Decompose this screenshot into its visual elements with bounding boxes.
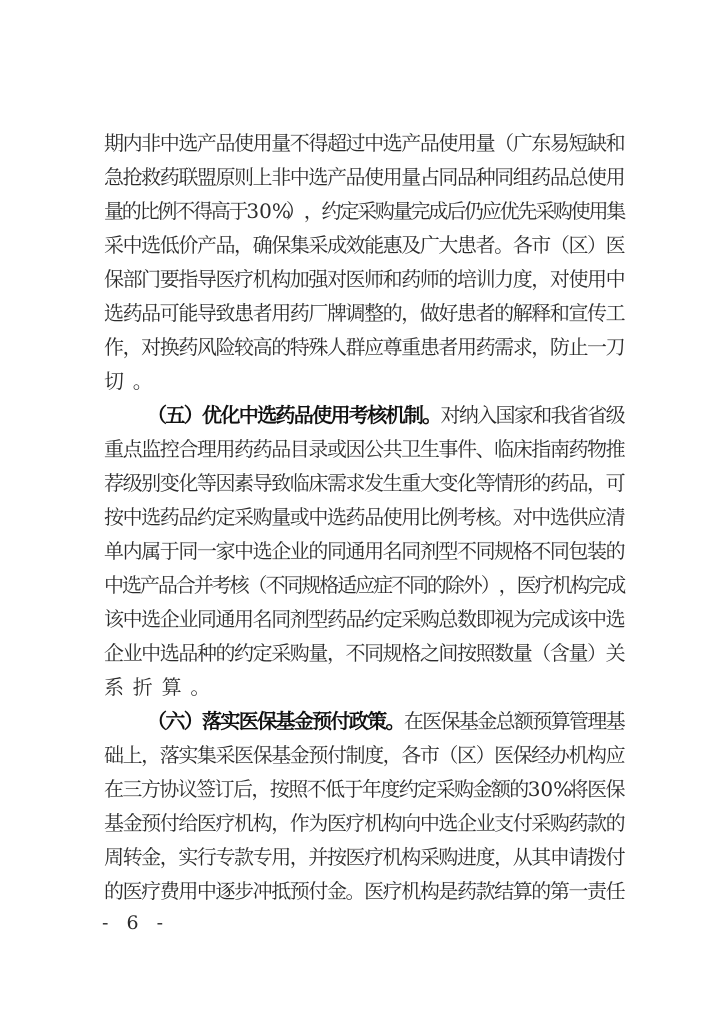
text-glyph: 药 [160, 160, 179, 194]
heading-glyph: 制 [404, 398, 422, 432]
text-glyph: 后 [446, 194, 464, 228]
text-glyph: 的 [271, 330, 290, 364]
text-glyph: 关 [606, 636, 625, 670]
text-glyph: 不 [290, 126, 309, 160]
text-glyph: 重 [401, 330, 420, 364]
text-glyph: 基 [606, 704, 624, 738]
text-glyph: 选 [141, 228, 160, 262]
text-glyph: 选 [104, 296, 123, 330]
text-glyph: 照 [288, 772, 306, 806]
text-glyph: 用 [401, 500, 420, 534]
text-glyph: 疗 [346, 806, 365, 840]
text-line: 期内非中选产品使用量不得超过中选产品使用量（广东易短缺和 [104, 126, 624, 160]
text-glyph: 核 [476, 500, 495, 534]
text-glyph: 的 [606, 534, 625, 568]
text-line: 按中选药品约定采购量或中选药品使用比例考核。对中选供应清 [104, 500, 624, 534]
heading-glyph: 政 [349, 704, 367, 738]
text-glyph: 的 [494, 296, 513, 330]
text-glyph: 中 [234, 534, 253, 568]
text-glyph: 同 [476, 534, 495, 568]
text-glyph: 疗 [364, 840, 383, 874]
text-glyph: 超 [327, 126, 346, 160]
text-glyph: 品 [141, 296, 160, 330]
text-glyph: 型 [308, 602, 327, 636]
text-glyph: 求 [346, 466, 365, 500]
text-glyph: 定 [215, 500, 234, 534]
text-glyph: 控 [160, 432, 179, 466]
text-glyph: 素 [234, 466, 253, 500]
text-glyph: 度 [364, 738, 383, 772]
text-glyph: 或 [327, 432, 346, 466]
text-glyph: 品 [346, 160, 365, 194]
text-glyph: 之 [420, 636, 439, 670]
heading-glyph: 考 [349, 398, 367, 432]
text-glyph: 选 [438, 806, 457, 840]
text-glyph: 广 [513, 126, 532, 160]
text-line: 保部门要指导医疗机构加强对医师和药师的培训力度，对使用中 [104, 262, 624, 296]
text-glyph: 能 [178, 296, 197, 330]
text-glyph: 药 [327, 602, 346, 636]
text-glyph: 的 [215, 636, 234, 670]
text-glyph: 荐 [104, 466, 123, 500]
text-glyph: 药 [234, 432, 253, 466]
text-glyph: 购 [290, 636, 309, 670]
text-glyph: 盟 [197, 160, 216, 194]
text-glyph: 者 [253, 296, 272, 330]
text-glyph: 生 [420, 432, 439, 466]
text-glyph: 签 [196, 772, 214, 806]
text-glyph: 求 [513, 330, 532, 364]
text-glyph: 属 [141, 534, 160, 568]
text-glyph: 止 [568, 330, 587, 364]
heading-glyph: 用 [330, 398, 348, 432]
text-glyph: 采 [357, 194, 375, 228]
page-number: - 6 - [102, 912, 169, 934]
text-glyph: 名 [253, 602, 272, 636]
text-glyph: 采 [308, 228, 327, 262]
text-glyph: 要 [160, 262, 179, 296]
text-glyph: 换 [160, 330, 179, 364]
text-glyph: 的 [427, 568, 445, 602]
text-glyph: 用 [234, 602, 253, 636]
text-glyph: 采 [420, 840, 439, 874]
text-glyph: 总 [568, 160, 587, 194]
text-glyph: 品 [271, 432, 290, 466]
text-glyph: 中 [364, 126, 383, 160]
text-line: 系折算。 [104, 670, 624, 704]
text-glyph: ， [304, 194, 322, 228]
text-glyph: 作 [290, 806, 309, 840]
text-glyph: 的 [383, 296, 402, 330]
heading-glyph: ） [184, 704, 202, 738]
text-glyph: 疗 [234, 262, 253, 296]
text-glyph: 构 [570, 568, 588, 602]
text-glyph: 。 [494, 500, 513, 534]
text-glyph: 医 [606, 228, 625, 262]
text-glyph: 中 [104, 568, 122, 602]
text-glyph: ） [587, 636, 606, 670]
text-glyph: 机 [568, 738, 587, 772]
text-glyph: 集 [606, 194, 624, 228]
text-glyph: 需 [327, 466, 346, 500]
text-glyph: ， [141, 738, 160, 772]
text-glyph: 采 [436, 772, 454, 806]
text-glyph: 步 [234, 874, 253, 908]
text-glyph: 宣 [568, 296, 587, 330]
text-glyph: 付 [606, 840, 625, 874]
text-glyph: 规 [301, 568, 319, 602]
text-glyph: 理 [587, 704, 605, 738]
text-glyph: 药 [178, 330, 197, 364]
text-glyph: 集 [290, 228, 309, 262]
text-glyph: 医 [327, 806, 346, 840]
text-glyph: 救 [141, 160, 160, 194]
text-glyph: 区 [457, 738, 476, 772]
text-glyph: 机 [234, 806, 253, 840]
text-glyph: 品 [178, 500, 197, 534]
text-glyph: （ [494, 126, 513, 160]
text-glyph: 选 [178, 126, 197, 160]
text-glyph: 同 [550, 534, 569, 568]
text-glyph: 联 [178, 160, 197, 194]
text-glyph: 部 [123, 262, 142, 296]
text-glyph: 构 [401, 840, 420, 874]
text-glyph: 总 [438, 602, 457, 636]
text-glyph: 装 [587, 534, 606, 568]
text-glyph: 定 [417, 772, 435, 806]
text-line: 该中选企业同通用名同剂型药品约定采购总数即视为完成该中选 [104, 602, 624, 636]
text-glyph: 导 [197, 296, 216, 330]
text-line: 在三方协议签订后，按照不低于年度约定采购金额的30%将医保 [104, 772, 624, 806]
text-glyph: 用 [588, 194, 606, 228]
text-glyph: 纳 [459, 398, 477, 432]
text-glyph: 传 [587, 296, 606, 330]
text-glyph: 患 [457, 296, 476, 330]
text-glyph: 选 [550, 500, 569, 534]
text-glyph: 金 [477, 704, 495, 738]
text-glyph: 和 [383, 262, 402, 296]
text-glyph: 原 [215, 160, 234, 194]
text-glyph: 应 [355, 568, 373, 602]
text-glyph: 按 [270, 772, 288, 806]
text-glyph: 专 [253, 840, 272, 874]
text-glyph: 核 [230, 568, 248, 602]
text-glyph: 格 [319, 568, 337, 602]
text-glyph: 非 [271, 160, 290, 194]
text-glyph: 东 [531, 126, 550, 160]
text-glyph: 购 [375, 194, 393, 228]
text-glyph: ， [587, 466, 606, 500]
text-glyph: 指 [531, 432, 550, 466]
text-glyph: 定 [253, 636, 272, 670]
text-glyph: 指 [178, 262, 197, 296]
text-glyph: 中 [420, 806, 439, 840]
text-glyph: 品 [158, 568, 176, 602]
text-glyph: 的 [104, 874, 123, 908]
text-glyph: 三 [122, 772, 140, 806]
text-glyph: 医 [346, 262, 365, 296]
text-glyph: 业 [476, 806, 495, 840]
heading-glyph: 化 [220, 398, 238, 432]
text-glyph: 预 [532, 704, 550, 738]
heading-glyph: 六 [165, 704, 183, 738]
text-line: 重点监控合理用药药品目录或因公共卫生事件、临床指南药物推 [104, 432, 624, 466]
text-glyph: ， [531, 330, 550, 364]
text-glyph: 用 [383, 160, 402, 194]
text-glyph: 给 [178, 806, 197, 840]
text-glyph: 医 [364, 874, 383, 908]
text-glyph: 仍 [464, 194, 482, 228]
text-glyph: 保 [441, 704, 459, 738]
text-glyph: 惠 [383, 228, 402, 262]
text-glyph: 中 [123, 500, 142, 534]
text-glyph: 型 [438, 534, 457, 568]
text-glyph: 入 [477, 398, 495, 432]
text-glyph: 拨 [587, 840, 606, 874]
text-glyph: 产 [401, 126, 420, 160]
text-glyph: 种 [476, 160, 495, 194]
text-glyph: 品 [420, 126, 439, 160]
text-glyph: 比 [140, 194, 158, 228]
text-glyph: 和 [532, 398, 550, 432]
heading-glyph: 预 [312, 704, 330, 738]
text-glyph: 完 [411, 194, 429, 228]
text-glyph: ） [476, 738, 495, 772]
text-glyph: 品 [364, 500, 383, 534]
text-glyph: 低 [160, 228, 179, 262]
text-glyph: ， [234, 228, 253, 262]
text-glyph: 款 [476, 874, 495, 908]
text-glyph: （ [248, 568, 266, 602]
text-glyph: 过 [346, 126, 365, 160]
text-glyph: 不 [457, 534, 476, 568]
text-glyph: 订 [215, 772, 233, 806]
text-glyph: 家 [514, 398, 532, 432]
heading-glyph: （ [147, 398, 165, 432]
text-glyph: 转 [123, 840, 142, 874]
text-glyph: 好 [438, 296, 457, 330]
text-glyph: 金 [123, 806, 142, 840]
text-line: 选药品可能导致患者用药厂牌调整的，做好患者的解释和宣传工 [104, 296, 624, 330]
text-glyph: 我 [551, 398, 569, 432]
text-glyph: 险 [215, 330, 234, 364]
text-glyph: 市 [531, 228, 550, 262]
text-glyph: 强 [308, 262, 327, 296]
text-glyph: 情 [494, 466, 513, 500]
text-glyph: 30% [528, 772, 569, 806]
text-glyph: 例 [438, 500, 457, 534]
text-glyph: 实 [178, 840, 197, 874]
text-glyph: 除 [445, 568, 463, 602]
text-glyph: （ [531, 636, 550, 670]
text-glyph: 合 [178, 432, 197, 466]
text-glyph: 机 [253, 262, 272, 296]
text-glyph: 额 [491, 772, 509, 806]
text-glyph: 成 [327, 228, 346, 262]
text-glyph: 基 [104, 806, 123, 840]
heading-glyph: 使 [312, 398, 330, 432]
text-glyph: 选 [141, 602, 160, 636]
text-glyph: 办 [550, 738, 569, 772]
text-glyph: 中 [587, 602, 606, 636]
heading-glyph: 策 [367, 704, 385, 738]
heading-glyph: 选 [257, 398, 275, 432]
text-glyph: 单 [104, 534, 123, 568]
text-glyph: 调 [346, 296, 365, 330]
text-glyph: 品 [457, 160, 476, 194]
text-glyph: 企 [104, 636, 123, 670]
text-glyph: 30% [246, 194, 286, 228]
text-glyph: 数 [494, 636, 513, 670]
heading-glyph: 实 [220, 704, 238, 738]
text-glyph: 导 [253, 466, 272, 500]
text-glyph: 别 [141, 466, 160, 500]
text-glyph: 释 [531, 296, 550, 330]
text-glyph: 付 [308, 874, 327, 908]
text-glyph: 中 [123, 602, 142, 636]
text-glyph: 完 [588, 568, 606, 602]
text-glyph: 成 [428, 194, 446, 228]
text-glyph: 大 [438, 228, 457, 262]
text-glyph: 使 [568, 262, 587, 296]
text-glyph: 同 [438, 160, 457, 194]
heading-glyph: 基 [275, 704, 293, 738]
text-line: 单内属于同一家中选企业的同通用名同剂型不同规格不同包装的 [104, 534, 624, 568]
text-glyph: 构 [587, 738, 606, 772]
text-glyph: 应 [606, 738, 625, 772]
text-glyph: 量 [568, 636, 587, 670]
text-glyph: 同 [271, 602, 290, 636]
text-glyph: 症 [373, 568, 391, 602]
text-glyph: 用 [587, 262, 606, 296]
text-glyph: 量 [308, 636, 327, 670]
text-glyph: ， [494, 840, 513, 874]
heading-glyph: 医 [239, 704, 257, 738]
text-glyph: 于 [160, 534, 179, 568]
text-glyph: 约 [364, 602, 383, 636]
text-glyph: 约 [322, 194, 340, 228]
text-glyph: 、 [476, 432, 495, 466]
text-glyph: 格 [513, 534, 532, 568]
text-glyph: 中 [290, 160, 309, 194]
text-glyph: 量 [104, 194, 122, 228]
text-line: 荐级别变化等因素导致临床需求发生重大变化等情形的药品，可 [104, 466, 624, 500]
text-glyph: 的 [438, 262, 457, 296]
text-line: 础上，落实集采医保基金预付制度，各市（区）医保经办机构应 [104, 738, 624, 772]
text-glyph: 效 [346, 228, 365, 262]
text-glyph: 药 [346, 500, 365, 534]
heading-glyph: 落 [202, 704, 220, 738]
text-glyph: 尊 [383, 330, 402, 364]
text-glyph: 按 [327, 840, 346, 874]
text-glyph: 成 [550, 602, 569, 636]
text-line: 中选产品合并考核（不同规格适应症不同的除外），医疗机构完成 [104, 568, 624, 602]
text-glyph: 重 [401, 466, 420, 500]
text-glyph: 疗 [215, 806, 234, 840]
text-glyph: 格 [401, 636, 420, 670]
text-glyph: 行 [197, 840, 216, 874]
text-line: 采中选低价产品，确保集采成效能惠及广大患者。各市（区）医 [104, 228, 624, 262]
text-glyph: 高 [253, 330, 272, 364]
text-glyph: 疗 [535, 568, 553, 602]
text-glyph: 同 [364, 636, 383, 670]
text-glyph: 化 [178, 466, 197, 500]
text-glyph: 各 [513, 228, 532, 262]
text-glyph: 采 [104, 228, 123, 262]
heading-glyph: 机 [385, 398, 403, 432]
text-glyph: 结 [494, 874, 513, 908]
text-glyph: 整 [364, 296, 383, 330]
text-glyph: 疗 [383, 874, 402, 908]
text-glyph: 得 [193, 194, 211, 228]
text-glyph: 选 [160, 636, 179, 670]
text-glyph: 保 [606, 772, 624, 806]
text-glyph: 使 [571, 194, 589, 228]
text-glyph: 抵 [271, 874, 290, 908]
text-glyph: 对 [550, 262, 569, 296]
text-glyph: 患 [234, 296, 253, 330]
text-glyph: 理 [197, 432, 216, 466]
text-glyph: 制 [346, 738, 365, 772]
text-glyph: 构 [420, 874, 439, 908]
text-glyph: 算 [551, 704, 569, 738]
text-glyph: 清 [606, 500, 625, 534]
text-glyph: 可 [606, 466, 625, 500]
text-glyph: ， [271, 806, 290, 840]
text-glyph: 公 [364, 432, 383, 466]
text-glyph: 较 [234, 330, 253, 364]
text-glyph: 该 [568, 602, 587, 636]
text-glyph: 解 [513, 296, 532, 330]
text-glyph: 保 [513, 738, 532, 772]
text-glyph: 重 [104, 432, 123, 466]
text-glyph: 可 [160, 296, 179, 330]
text-glyph: 药 [253, 432, 272, 466]
text-line: 周转金，实行专款专用，并按医疗机构采购进度，从其申请拨付 [104, 840, 624, 874]
text-glyph: 保 [104, 262, 123, 296]
text-glyph: 药 [476, 330, 495, 364]
text-glyph: 机 [364, 806, 383, 840]
text-glyph: 金 [472, 772, 490, 806]
text-glyph: 选 [141, 500, 160, 534]
text-glyph: 对 [441, 398, 459, 432]
text-glyph: 及 [401, 228, 420, 262]
text-glyph: 占 [420, 160, 439, 194]
text-glyph: 组 [513, 160, 532, 194]
text-glyph: 不 [175, 194, 193, 228]
text-glyph: 和 [550, 296, 569, 330]
text-glyph: 付 [327, 738, 346, 772]
text-glyph: 机 [401, 874, 420, 908]
text-glyph: 药 [531, 160, 550, 194]
text-glyph: 药 [457, 874, 476, 908]
text-glyph: 用 [364, 534, 383, 568]
text-glyph: 临 [290, 466, 309, 500]
text-line: 量的比例不得高于30%），约定采购量完成后仍应优先采购使用集 [104, 194, 624, 228]
text-glyph: 医 [197, 806, 216, 840]
text-glyph: 等 [197, 466, 216, 500]
text-glyph: 患 [457, 228, 476, 262]
text-glyph: 使 [234, 126, 253, 160]
text-glyph: 该 [104, 602, 123, 636]
text-glyph: 比 [420, 500, 439, 534]
text-glyph: 对 [141, 330, 160, 364]
text-glyph: 产 [197, 228, 216, 262]
text-glyph: 算 [513, 874, 532, 908]
text-glyph: 量 [393, 194, 411, 228]
text-glyph: 对 [513, 500, 532, 534]
text-glyph: 中 [197, 874, 216, 908]
